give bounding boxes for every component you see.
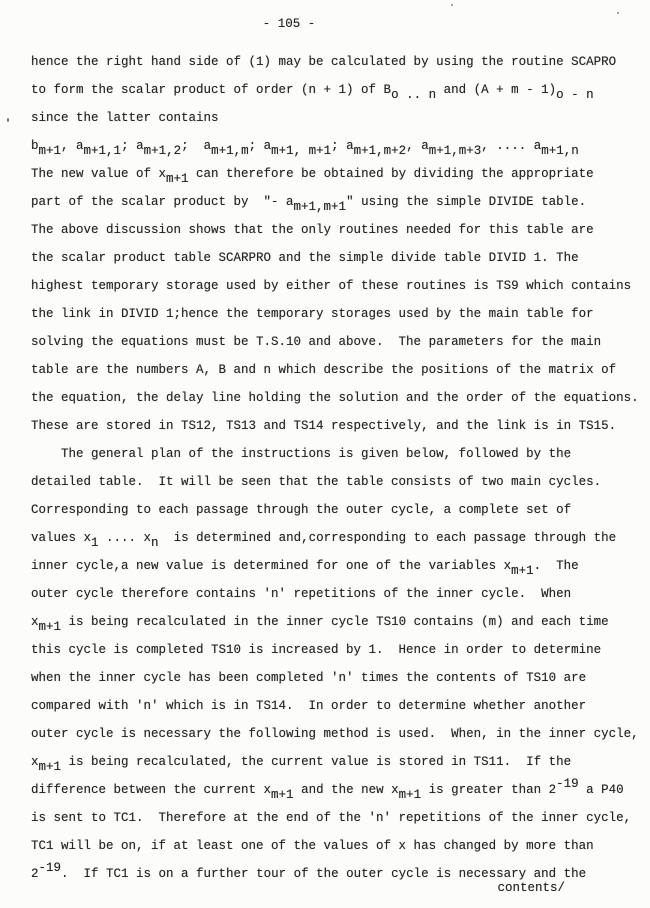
text-run: this cycle is completed TS10 is increase…	[31, 643, 601, 657]
text-line: xm+1 is being recalculated in the inner …	[31, 608, 650, 636]
text-run: compared with 'n' which is in TS14. In o…	[31, 699, 586, 713]
text-line: is sent to TC1. Therefore at the end of …	[31, 804, 650, 832]
text-run: . If TC1 is on a further tour of the out…	[61, 867, 586, 881]
text-line: outer cycle is necessary the following m…	[31, 720, 650, 748]
subscript: o - n	[556, 88, 594, 102]
text-line: table are the numbers A, B and n which d…	[31, 356, 650, 384]
superscript: -19	[39, 861, 62, 875]
text-run: outer cycle is necessary the following m…	[31, 727, 639, 741]
text-line: compared with 'n' which is in TS14. In o…	[31, 692, 650, 720]
text-run: These are stored in TS12, TS13 and TS14 …	[31, 419, 616, 433]
text-run: x	[31, 755, 39, 769]
text-run: , a	[61, 139, 84, 153]
subscript: m+1	[271, 788, 294, 802]
text-run: inner cycle,a new value is determined fo…	[31, 559, 511, 573]
text-run: ; a	[249, 139, 272, 153]
subscript: m+1,n	[541, 144, 579, 158]
subscript: n	[151, 536, 159, 550]
text-run: can therefore be obtained by dividing th…	[189, 167, 594, 181]
text-run: hence the right hand side of (1) may be …	[31, 55, 616, 69]
text-run: is greater than 2	[421, 783, 556, 797]
text-run: , a	[406, 139, 429, 153]
scan-speck	[617, 12, 619, 14]
page-number: - 105 -	[0, 0, 614, 32]
text-line: hence the right hand side of (1) may be …	[31, 48, 650, 76]
subscript: m+1	[399, 788, 422, 802]
text-run: solving the equations must be T.S.10 and…	[31, 335, 601, 349]
subscript: m+1	[39, 760, 62, 774]
scan-speck	[451, 4, 453, 6]
text-line: The above discussion shows that the only…	[31, 216, 650, 244]
text-line: bm+1, am+1,1; am+1,2; am+1,m; am+1, m+1;…	[31, 132, 650, 160]
text-run: to form the scalar product of order (n +…	[31, 83, 391, 97]
text-run: since the latter contains	[31, 111, 219, 125]
text-line: highest temporary storage used by either…	[31, 272, 650, 300]
subscript: m+1	[39, 620, 62, 634]
subscript: m+1,2	[144, 144, 182, 158]
text-run: table are the numbers A, B and n which d…	[31, 363, 616, 377]
text-run: The above discussion shows that the only…	[31, 223, 594, 237]
text-run: . The	[534, 559, 579, 573]
text-run: is determined and,corresponding to each …	[159, 531, 617, 545]
subscript: 1	[91, 536, 99, 550]
subscript: m+1,m+1	[294, 200, 347, 214]
subscript: m+1,m+2	[354, 144, 407, 158]
text-run: detailed table. It will be seen that the…	[31, 475, 601, 489]
subscript: m+1,m+3	[429, 144, 482, 158]
text-line: xm+1 is being recalculated, the current …	[31, 748, 650, 776]
subscript: m+1, m+1	[271, 144, 331, 158]
text-line: solving the equations must be T.S.10 and…	[31, 328, 650, 356]
text-run: x	[31, 615, 39, 629]
document-page: - 105 - hence the right hand side of (1)…	[0, 0, 650, 908]
text-line: The general plan of the instructions is …	[31, 440, 650, 468]
text-run: b	[31, 139, 39, 153]
text-run: TC1 will be on, if at least one of the v…	[31, 839, 594, 853]
scan-speck	[7, 118, 9, 122]
text-line: TC1 will be on, if at least one of the v…	[31, 832, 650, 860]
text-run: is being recalculated, the current value…	[61, 755, 571, 769]
text-run: ; a	[181, 139, 211, 153]
text-run: .... x	[99, 531, 152, 545]
text-line: since the latter contains	[31, 104, 650, 132]
text-run: when the inner cycle has been completed …	[31, 671, 586, 685]
text-run: " using the simple DIVIDE table.	[346, 195, 586, 209]
text-line: the equation, the delay line holding the…	[31, 384, 650, 412]
text-run: the equation, the delay line holding the…	[31, 391, 639, 405]
subscript: m+1,1	[84, 144, 122, 158]
subscript: m+1	[511, 564, 534, 578]
text-run: the scalar product table SCARPRO and the…	[31, 251, 579, 265]
text-line: part of the scalar product by "- am+1,m+…	[31, 188, 650, 216]
text-line: outer cycle therefore contains 'n' repet…	[31, 580, 650, 608]
text-run: part of the scalar product by "- a	[31, 195, 294, 209]
text-run: a P40	[579, 783, 624, 797]
text-run: Corresponding to each passage through th…	[31, 503, 571, 517]
text-run: and (A + m - 1)	[436, 83, 556, 97]
subscript: m+1	[166, 172, 189, 186]
text-run: outer cycle therefore contains 'n' repet…	[31, 587, 571, 601]
subscript: m+1	[39, 144, 62, 158]
text-line: These are stored in TS12, TS13 and TS14 …	[31, 412, 650, 440]
text-line: values x1 .... xn is determined and,corr…	[31, 524, 650, 552]
text-run: The new value of x	[31, 167, 166, 181]
text-run: ; a	[331, 139, 354, 153]
text-run: The general plan of the instructions is …	[31, 447, 571, 461]
text-line: to form the scalar product of order (n +…	[31, 76, 650, 104]
text-line: the scalar product table SCARPRO and the…	[31, 244, 650, 272]
text-line: this cycle is completed TS10 is increase…	[31, 636, 650, 664]
superscript: -19	[556, 777, 579, 791]
text-run: values x	[31, 531, 91, 545]
text-run: difference between the current x	[31, 783, 271, 797]
text-line: Corresponding to each passage through th…	[31, 496, 650, 524]
scan-speck	[566, 456, 568, 458]
text-run: , .... a	[481, 139, 541, 153]
subscript: o .. n	[391, 88, 436, 102]
text-line: when the inner cycle has been completed …	[31, 664, 650, 692]
catchword: contents/	[497, 881, 565, 895]
text-run: highest temporary storage used by either…	[31, 279, 631, 293]
page-lines: hence the right hand side of (1) may be …	[31, 48, 650, 888]
text-run: 2	[31, 867, 39, 881]
text-run: ; a	[121, 139, 144, 153]
text-line: the link in DIVID 1;hence the temporary …	[31, 300, 650, 328]
text-line: The new value of xm+1 can therefore be o…	[31, 160, 650, 188]
text-run: is sent to TC1. Therefore at the end of …	[31, 811, 631, 825]
text-line: difference between the current xm+1 and …	[31, 776, 650, 804]
text-run: and the new x	[294, 783, 399, 797]
text-run: is being recalculated in the inner cycle…	[61, 615, 609, 629]
subscript: m+1,m	[211, 144, 249, 158]
text-line: detailed table. It will be seen that the…	[31, 468, 650, 496]
text-run: the link in DIVID 1;hence the temporary …	[31, 307, 594, 321]
text-line: inner cycle,a new value is determined fo…	[31, 552, 650, 580]
